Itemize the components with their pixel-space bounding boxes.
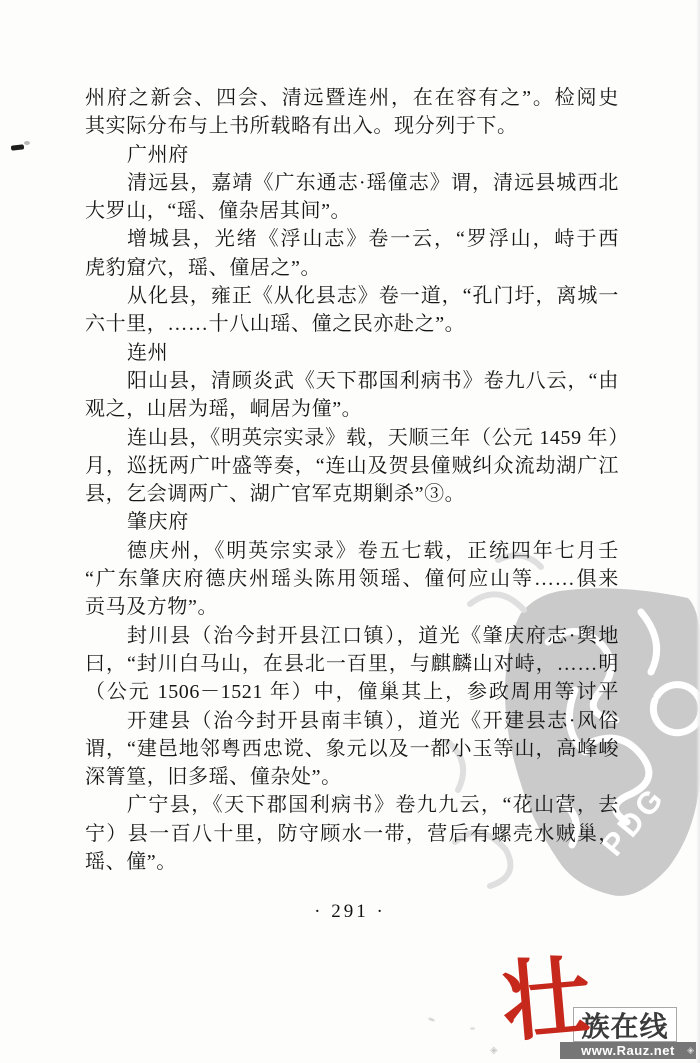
- text-line: 连州: [85, 339, 619, 367]
- text-line: 连山县，《明英宗实录》载，天顺三年（公元 1459 年）三: [85, 424, 619, 452]
- rauz-logo: 壮 族在线 www.Rauz.net ◈ ◈: [490, 955, 700, 1063]
- text-line: 广州府: [85, 141, 619, 169]
- text-line: 谓，“建邑地邻粤西忠谠、象元以及一都小玉等山，高峰峻岭，: [85, 735, 619, 763]
- text-line: 六十里，……十八山瑶、僮之民亦赴之”。: [85, 310, 619, 338]
- text-line: 阳山县，清顾炎武《天下郡国利病书》卷九八云，“由今: [85, 367, 619, 395]
- text-line: （公元 1506－1521 年）中，僮巢其上，参政周用等讨平之”。: [85, 678, 619, 706]
- text-line: 曰，“封川白马山，在县北一百里，与麒麟山对峙，……明正德: [85, 650, 619, 678]
- text-line: 月，巡抚两广叶盛等奏，“连山及贺县僮贼纠众流劫湖广江华: [85, 452, 619, 480]
- scan-edge-shade: [696, 0, 700, 1063]
- text-line: 其实际分布与上书所载略有出入。现分列于下。: [85, 112, 619, 140]
- diamond-icon: ◈: [490, 1045, 498, 1056]
- text-line: 肇庆府: [85, 508, 619, 536]
- text-line: 开建县（治今封开县南丰镇），道光《开建县志·风俗志》: [85, 707, 619, 735]
- ink-speck-faint: [24, 141, 30, 145]
- text-line: 县，乞会调两广、湖广官军克期剿杀”③。: [85, 480, 619, 508]
- zhuang-brand-glyph: 壮: [498, 949, 594, 1049]
- dust-speck: [470, 1027, 475, 1030]
- text-line: 观之，山居为瑶，峒居为僮”。: [85, 395, 619, 423]
- text-line: 宁）县一百八十里，防守顾水一带，营后有螺壳水贼巢，俱是: [85, 820, 619, 848]
- logo-url-text: www.Rauz.net: [581, 1043, 675, 1058]
- text-line: 德庆州，《明英宗实录》卷五七载，正统四年七月壬申，: [85, 537, 619, 565]
- book-page: PDG 州府之新会、四会、清远暨连州，在在容有之”。检阅史册，其实际分布与上书所…: [0, 0, 700, 1063]
- text-line: “广东肇庆府德庆州瑶头陈用领瑶、僮何应山等……俱来朝，: [85, 565, 619, 593]
- text-line: 贡马及方物”。: [85, 593, 619, 621]
- text-line: 州府之新会、四会、清远暨连州，在在容有之”。检阅史册，: [85, 84, 619, 112]
- text-line: 虎豹窟穴，瑶、僮居之”。: [85, 254, 619, 282]
- text-line: 增城县，光绪《浮山志》卷一云，“罗浮山，峙于西北，: [85, 225, 619, 253]
- text-line: 封川县（治今封开县江口镇），道光《肇庆府志·舆地志》: [85, 622, 619, 650]
- text-line: 清远县，嘉靖《广东通志·瑶僮志》谓，清远县城西北之: [85, 169, 619, 197]
- text-line: 深箐篁，旧多瑶、僮杂处”。: [85, 763, 619, 791]
- text-line: 瑶、僮”。: [85, 848, 619, 876]
- text-line: 大罗山，“瑶、僮杂居其间”。: [85, 197, 619, 225]
- page-number: · 291 ·: [0, 901, 700, 923]
- text-line: 从化县，雍正《从化县志》卷一道，“孔门圩，离城一百: [85, 282, 619, 310]
- page-text: 州府之新会、四会、清远暨连州，在在容有之”。检阅史册，其实际分布与上书所载略有出…: [85, 84, 619, 876]
- diamond-icon: ◈: [687, 1045, 694, 1056]
- text-line: 广宁县，《天下郡国利病书》卷九九云，“花山营，去（广: [85, 791, 619, 819]
- brand-text: 族在线: [581, 1005, 668, 1045]
